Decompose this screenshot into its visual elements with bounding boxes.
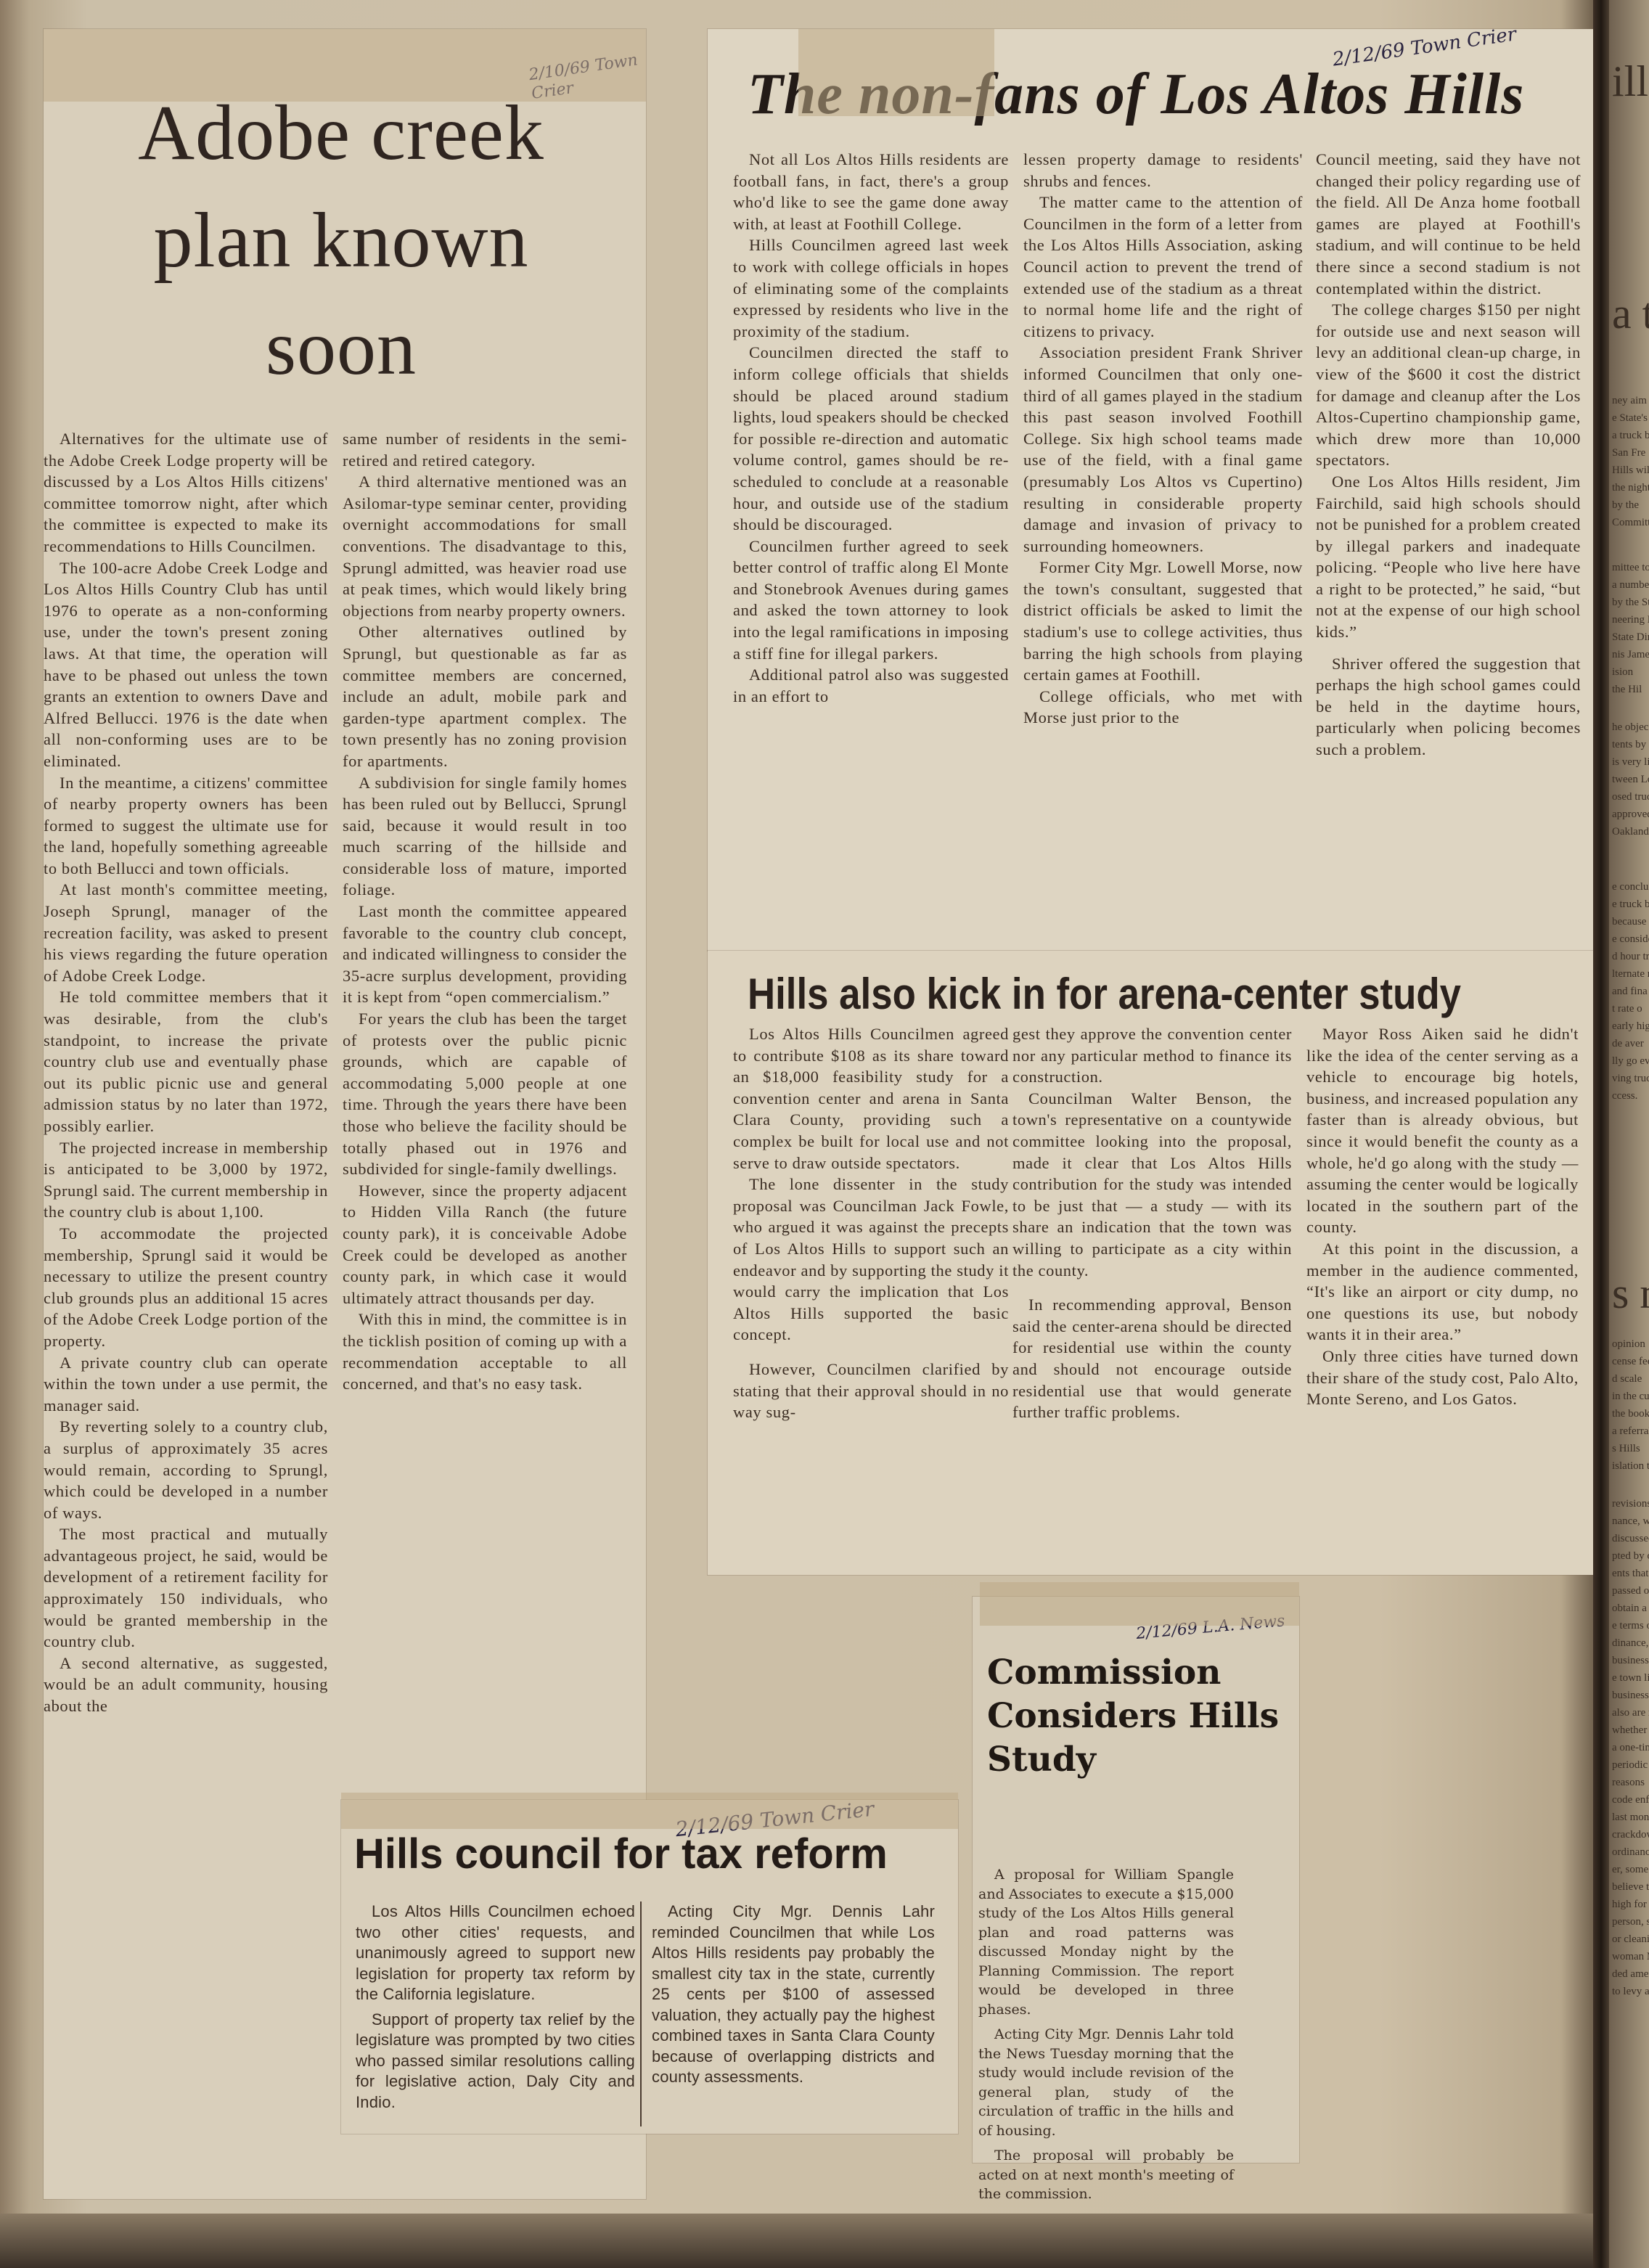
text-fragment: Oakland (M xyxy=(1612,823,1649,840)
text-fragment: woman Mary xyxy=(1612,1948,1649,1965)
text-fragment: e truck b xyxy=(1612,896,1649,913)
headline-fragment: a tr xyxy=(1612,290,1649,337)
paragraph: By reverting solely to a country club, a… xyxy=(44,1416,328,1523)
paragraph: A private country club can operate withi… xyxy=(44,1352,328,1417)
article-column-3: Mayor Ross Aiken said he didn't like the… xyxy=(1306,1023,1579,1410)
paragraph: College officials, who met with Morse ju… xyxy=(1023,686,1303,729)
text-fragment: ving truc xyxy=(1612,1070,1649,1087)
paragraph: A subdivision for single family homes ha… xyxy=(343,772,627,901)
article-headline: Commission Considers Hills Study xyxy=(987,1651,1292,1782)
paragraph: Council meeting, said they have not chan… xyxy=(1316,149,1581,299)
text-fragment: periodic del xyxy=(1612,1756,1649,1774)
text-fragment: mittee to xyxy=(1612,559,1649,576)
book-gutter xyxy=(1593,0,1609,2268)
paragraph: Alternatives for the ultimate use of the… xyxy=(44,428,328,557)
paragraph: Other alternatives outlined by Sprungl, … xyxy=(343,621,627,771)
article-column-1: Alternatives for the ultimate use of the… xyxy=(44,428,328,1717)
text-fragment: State Dir xyxy=(1612,629,1649,646)
tape-strip xyxy=(980,1582,1299,1626)
text-fragment: he objec xyxy=(1612,719,1648,736)
paragraph: To accommodate the projected membership,… xyxy=(44,1223,328,1352)
article-column-1: Los Altos Hills Councilmen agreed to con… xyxy=(733,1023,1009,1423)
paragraph: Additional patrol also was suggested in … xyxy=(733,664,1009,707)
text-fragment: high for xyxy=(1612,1896,1647,1913)
text-fragment: tents by t xyxy=(1612,736,1649,753)
paragraph: The proposal will probably be acted on a… xyxy=(978,2146,1234,2204)
tape-strip xyxy=(44,29,646,102)
article-column-2: same number of residents in the semi-ret… xyxy=(343,428,627,1395)
paragraph: lessen property damage to residents' shr… xyxy=(1023,149,1303,192)
text-fragment: d scale xyxy=(1612,1370,1642,1388)
text-fragment: lly go ev xyxy=(1612,1052,1649,1070)
text-fragment: by the xyxy=(1612,496,1639,514)
paragraph: Last month the committee appeared favora… xyxy=(343,901,627,1008)
paragraph: However, Councilmen clarified by stating… xyxy=(733,1359,1009,1423)
paragraph: Councilman Walter Benson, the town's rep… xyxy=(1012,1088,1292,1281)
article-non-fans: The non-fans of Los Altos Hills 2/12/69 … xyxy=(708,29,1593,951)
text-fragment: reasons xyxy=(1612,1774,1645,1791)
article-column-2: gest they approve the convention center … xyxy=(1012,1023,1292,1423)
text-fragment: islation to xyxy=(1612,1457,1649,1475)
paragraph: Acting City Mgr. Dennis Lahr told the Ne… xyxy=(978,2025,1234,2140)
text-fragment: lternate rou xyxy=(1612,965,1649,983)
text-fragment: is very lit xyxy=(1612,753,1649,771)
paragraph: Councilmen further agreed to seek better… xyxy=(733,536,1009,665)
text-fragment: opinion xyxy=(1612,1335,1645,1353)
text-fragment: ney aim xyxy=(1612,392,1647,409)
text-fragment: obtain a xyxy=(1612,1600,1647,1617)
text-fragment: t rate o xyxy=(1612,1000,1642,1018)
text-fragment: business o xyxy=(1612,1652,1649,1669)
paragraph: Shriver offered the suggestion that perh… xyxy=(1316,653,1581,761)
text-fragment: passed on xyxy=(1612,1582,1649,1600)
text-fragment: a one-time-o xyxy=(1612,1739,1649,1756)
paragraph: Only three cities have turned down their… xyxy=(1306,1346,1579,1410)
text-fragment: nis James xyxy=(1612,646,1649,663)
paragraph: A third alternative mentioned was an Asi… xyxy=(343,471,627,621)
text-fragment: d hour tra xyxy=(1612,948,1649,965)
text-fragment: e conclu xyxy=(1612,878,1648,896)
article-column-1: Not all Los Altos Hills residents are fo… xyxy=(733,149,1009,707)
paragraph: For years the club has been the target o… xyxy=(343,1008,627,1180)
paragraph: Los Altos Hills Councilmen echoed two ot… xyxy=(356,1901,635,2005)
paragraph: The projected increase in membership is … xyxy=(44,1137,328,1223)
text-fragment: de aver xyxy=(1612,1035,1644,1052)
text-fragment: er, some xyxy=(1612,1861,1648,1878)
text-fragment: the Hil xyxy=(1612,681,1642,698)
tape-strip xyxy=(341,1793,958,1829)
paragraph: The college charges $150 per night for o… xyxy=(1316,299,1581,471)
text-fragment: whether xyxy=(1612,1722,1647,1739)
paragraph: A proposal for William Spangle and Assoc… xyxy=(978,1865,1234,2019)
text-fragment: osed truck xyxy=(1612,788,1649,806)
text-fragment: code enfo xyxy=(1612,1791,1649,1809)
text-fragment: s Hills xyxy=(1612,1440,1640,1457)
text-fragment: Hills will xyxy=(1612,462,1649,479)
paragraph: Hills Councilmen agreed last week to wor… xyxy=(733,234,1009,342)
paragraph: The matter came to the attention of Coun… xyxy=(1023,192,1303,342)
paragraph: The most practical and mutually advantag… xyxy=(44,1523,328,1653)
paragraph: A second alternative, as suggested, woul… xyxy=(44,1653,328,1717)
text-fragment: ordinance. xyxy=(1612,1843,1649,1861)
article-headline: Hills council for tax reform xyxy=(354,1829,949,1880)
page-bottom-edge xyxy=(0,2214,1597,2268)
text-fragment: crackdown o xyxy=(1612,1826,1649,1843)
paragraph: One Los Altos Hills resident, Jim Fairch… xyxy=(1316,471,1581,643)
text-fragment: by the St xyxy=(1612,594,1649,611)
paragraph: Not all Los Altos Hills residents are fo… xyxy=(733,149,1009,234)
text-fragment: or cleaning xyxy=(1612,1931,1649,1948)
text-fragment: tween Lo xyxy=(1612,771,1649,788)
text-fragment: e State's xyxy=(1612,409,1648,427)
text-fragment: e town limi xyxy=(1612,1669,1649,1687)
article-column-3: Council meeting, said they have not chan… xyxy=(1316,149,1581,761)
text-fragment: nance, whic xyxy=(1612,1512,1649,1530)
text-fragment: ents that s xyxy=(1612,1565,1649,1582)
paragraph: Los Altos Hills Councilmen agreed to con… xyxy=(733,1023,1009,1174)
text-fragment: ded amendi xyxy=(1612,1965,1649,1983)
text-fragment: a number xyxy=(1612,576,1649,594)
text-fragment: last month wa xyxy=(1612,1809,1649,1826)
text-fragment: and fina xyxy=(1612,983,1648,1000)
text-fragment: believe the xyxy=(1612,1878,1649,1896)
paragraph: Former City Mgr. Lowell Morse, now the t… xyxy=(1023,557,1303,686)
adjacent-page-fragment: ill a tr s may ney aim e State's a truck… xyxy=(1609,0,1649,2268)
article-commission-study: Commission Considers Hills Study 2/12/69… xyxy=(973,1597,1299,2163)
headline-fragment: ill xyxy=(1612,58,1648,105)
text-fragment: ccess. xyxy=(1612,1087,1637,1105)
text-fragment: in the cur xyxy=(1612,1388,1649,1405)
text-fragment: dinance, any xyxy=(1612,1634,1649,1652)
text-fragment: a referral xyxy=(1612,1422,1649,1440)
article-column-1: Los Altos Hills Councilmen echoed two ot… xyxy=(356,1901,635,2113)
article-column-2: lessen property damage to residents' shr… xyxy=(1023,149,1303,729)
paragraph: However, since the property adjacent to … xyxy=(343,1180,627,1309)
article-headline: Adobe creek plan known soon xyxy=(87,80,595,402)
text-fragment: to levy a xyxy=(1612,1983,1649,2000)
text-fragment: discussed las xyxy=(1612,1530,1649,1547)
text-fragment: pted by co xyxy=(1612,1547,1649,1565)
text-fragment: the book xyxy=(1612,1405,1649,1422)
text-fragment: person, su xyxy=(1612,1913,1649,1931)
paragraph: Support of property tax relief by the le… xyxy=(356,2010,635,2113)
text-fragment: San Fre xyxy=(1612,444,1645,462)
headline-fragment: s may xyxy=(1612,1270,1649,1317)
text-fragment: because xyxy=(1612,913,1646,930)
paragraph: Association president Frank Shriver info… xyxy=(1023,342,1303,557)
paragraph: The lone dissenter in the study proposal… xyxy=(733,1174,1009,1346)
text-fragment: cense fee xyxy=(1612,1353,1649,1370)
text-fragment: e terms of xyxy=(1612,1617,1649,1634)
paragraph: Mayor Ross Aiken said he didn't like the… xyxy=(1306,1023,1579,1238)
paragraph: At this point in the discussion, a membe… xyxy=(1306,1238,1579,1346)
article-headline: Hills also kick in for arena-center stud… xyxy=(748,965,1482,1023)
paragraph: Acting City Mgr. Dennis Lahr reminded Co… xyxy=(652,1901,935,2088)
text-fragment: Committee xyxy=(1612,514,1649,531)
paragraph: With this in mind, the committee is in t… xyxy=(343,1309,627,1394)
article-arena-center-study: Hills also kick in for arena-center stud… xyxy=(708,951,1593,1575)
article-column-2: Acting City Mgr. Dennis Lahr reminded Co… xyxy=(652,1901,935,2088)
paragraph: He told committee members that it was de… xyxy=(44,986,328,1137)
article-tax-reform: Hills council for tax reform 2/12/69 Tow… xyxy=(341,1800,958,2134)
paragraph: same number of residents in the semi-ret… xyxy=(343,428,627,471)
text-fragment: also are req xyxy=(1612,1704,1649,1722)
paragraph: The 100-acre Adobe Creek Lodge and Los A… xyxy=(44,557,328,772)
tape-strip xyxy=(798,29,994,116)
article-column-1: A proposal for William Spangle and Assoc… xyxy=(978,1865,1234,2210)
text-fragment: ision xyxy=(1612,663,1633,681)
paragraph: In the meantime, a citizens' committee o… xyxy=(44,772,328,880)
text-fragment: the night xyxy=(1612,479,1649,496)
text-fragment: business xyxy=(1612,1687,1649,1704)
paragraph: At last month's committee meeting, Josep… xyxy=(44,879,328,986)
column-divider xyxy=(640,1901,642,2126)
text-fragment: a truck b xyxy=(1612,427,1649,444)
paragraph: Councilmen directed the staff to inform … xyxy=(733,342,1009,535)
paragraph: In recommending approval, Benson said th… xyxy=(1012,1294,1292,1423)
paragraph: gest they approve the convention center … xyxy=(1012,1023,1292,1088)
text-fragment: e consider xyxy=(1612,930,1649,948)
text-fragment: early hig xyxy=(1612,1018,1649,1035)
text-fragment: revisions xyxy=(1612,1495,1649,1512)
text-fragment: approved fo xyxy=(1612,806,1649,823)
text-fragment: neering De xyxy=(1612,611,1649,629)
